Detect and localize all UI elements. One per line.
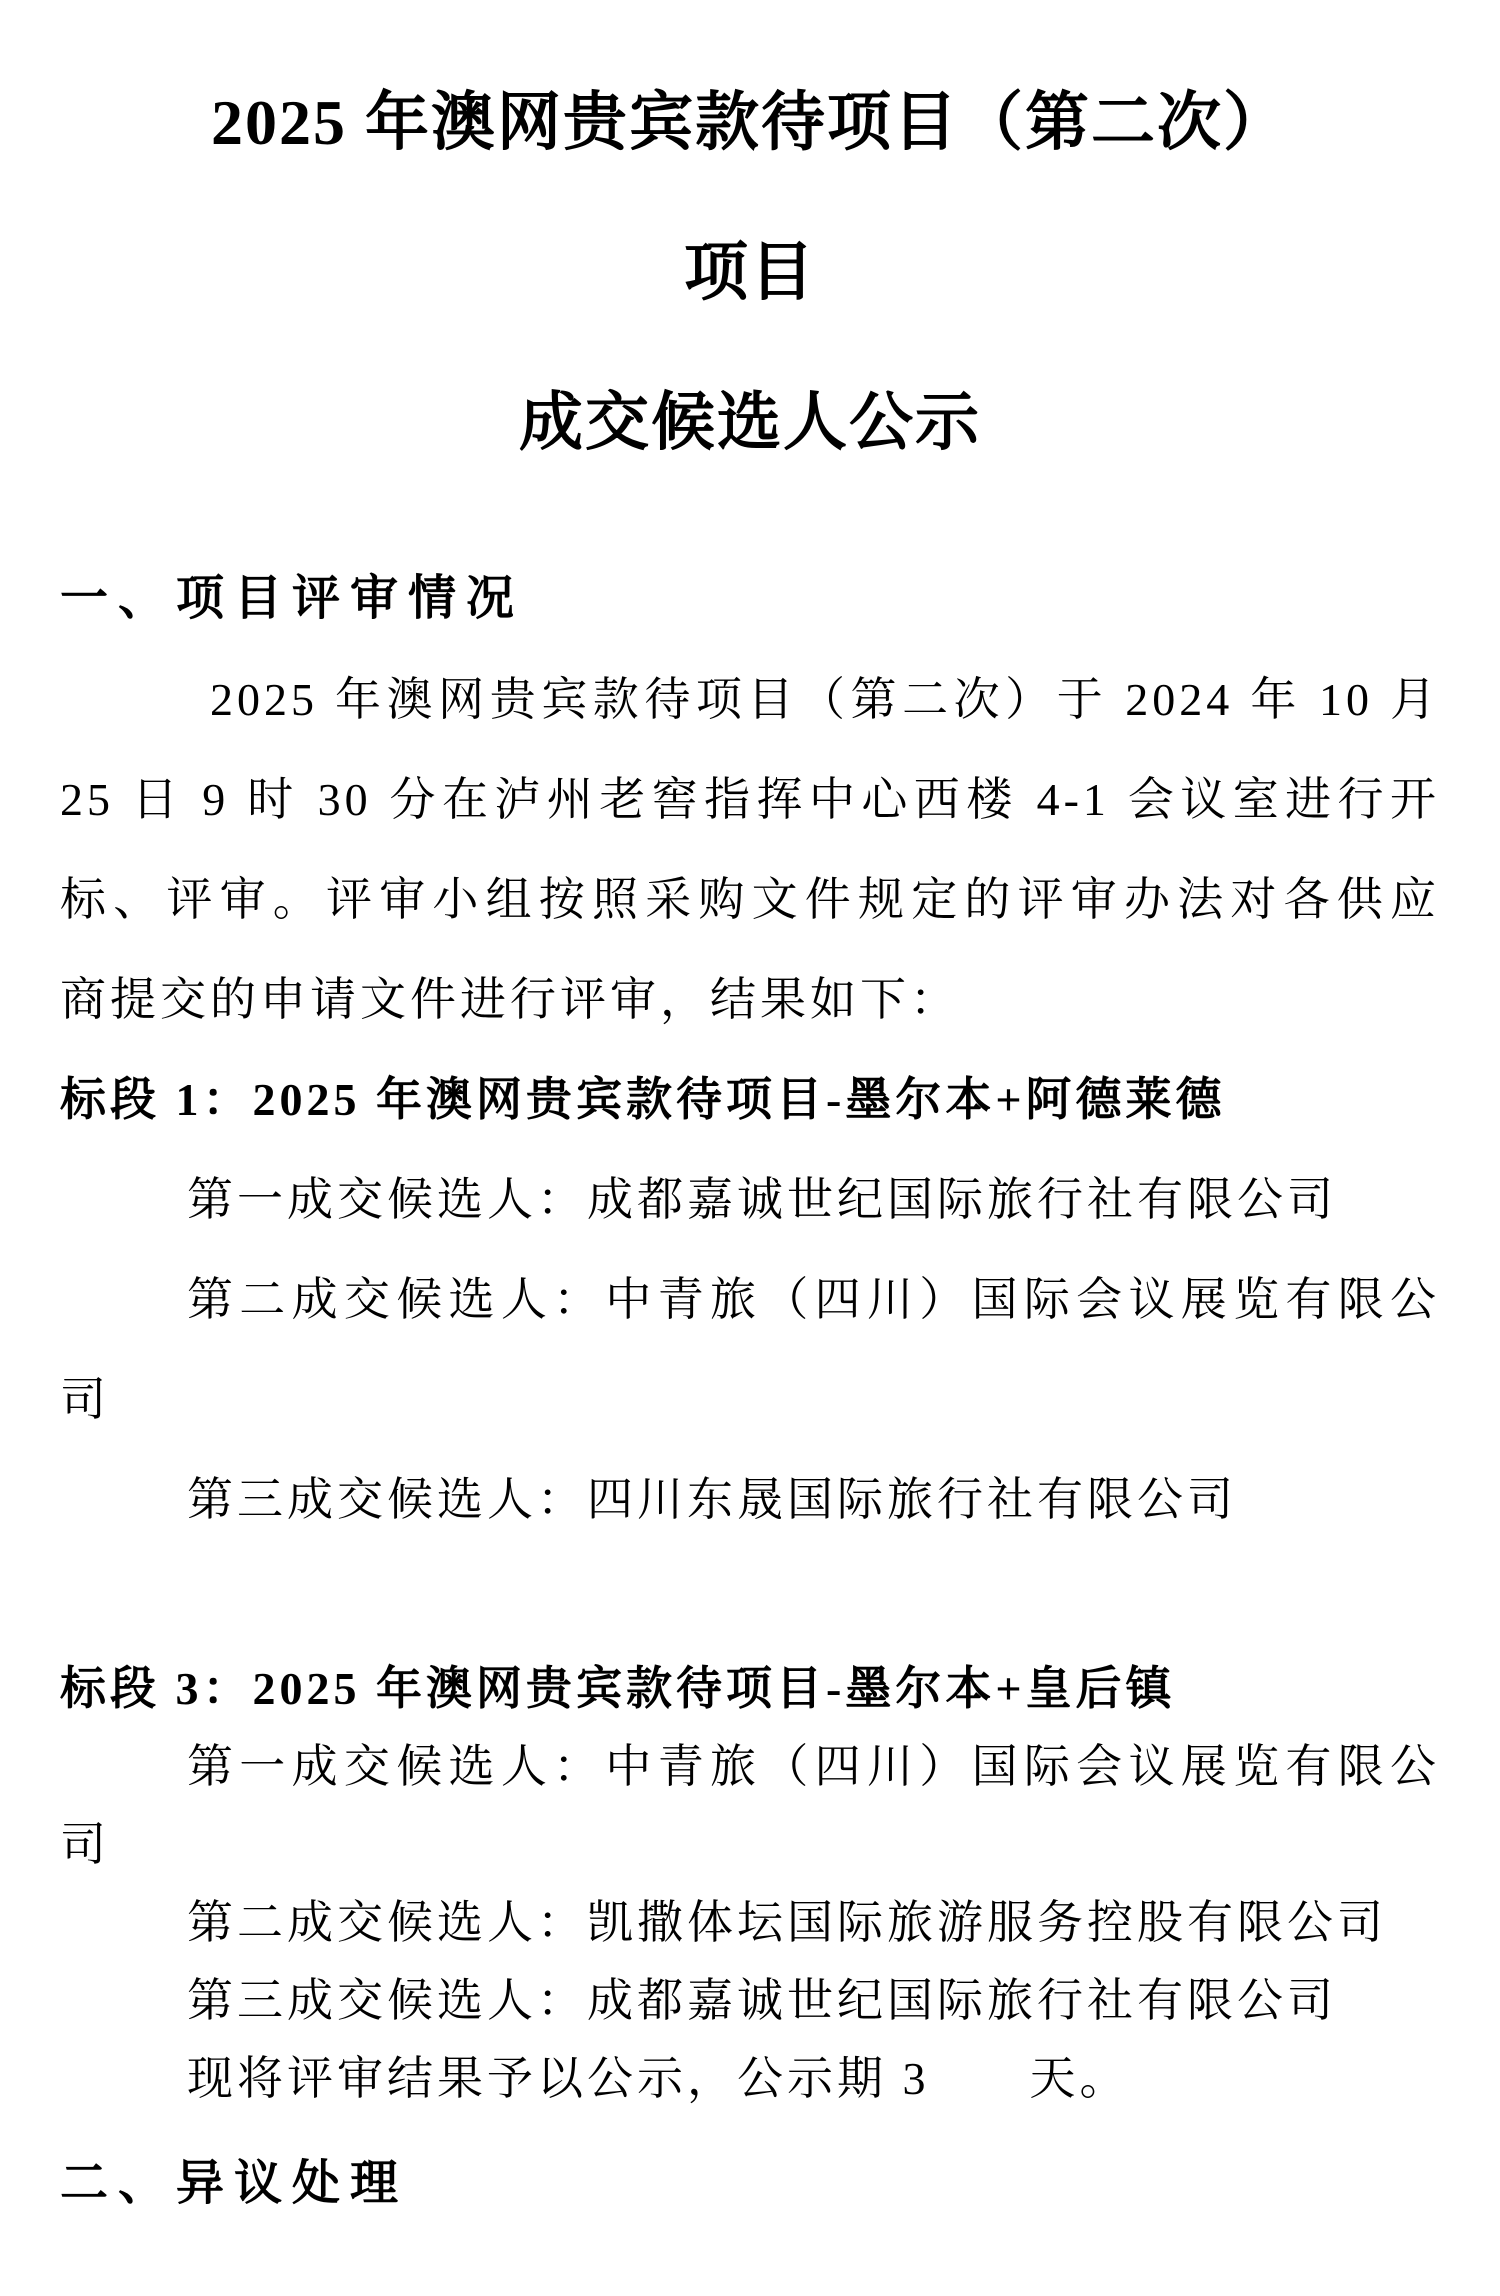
lot-1-candidate-3: 第三成交候选人：四川东晟国际旅行社有限公司 — [60, 1450, 1440, 1550]
section-1-heading: 一、项目评审情况 — [60, 561, 1440, 636]
lot-3-candidate-3: 第三成交候选人：成都嘉诚世纪国际旅行社有限公司 — [60, 1962, 1440, 2040]
lot-3-heading: 标段 3：2025 年澳网贵宾款待项目-墨尔本+皇后镇 — [60, 1650, 1440, 1728]
lot-1-candidate-1: 第一成交候选人：成都嘉诚世纪国际旅行社有限公司 — [60, 1150, 1440, 1250]
document-title-line-1: 2025 年澳网贵宾款待项目（第二次） — [60, 48, 1440, 198]
lot-1-candidate-2-wrap: 司 — [60, 1350, 1440, 1450]
document-page: 2025 年澳网贵宾款待项目（第二次） 项目 成交候选人公示 一、项目评审情况 … — [0, 0, 1500, 2296]
lot-3-candidate-2: 第二成交候选人：凯撒体坛国际旅游服务控股有限公司 — [60, 1884, 1440, 1962]
intro-line-4: 商提交的申请文件进行评审，结果如下： — [60, 950, 1440, 1050]
lot-3-candidate-1: 第一成交候选人：中青旅（四川）国际会议展览有限公 — [60, 1728, 1440, 1806]
lot-1-candidate-2: 第二成交候选人：中青旅（四川）国际会议展览有限公 — [60, 1250, 1440, 1350]
section-2-heading: 二、异议处理 — [60, 2145, 1440, 2223]
intro-line-1: 2025 年澳网贵宾款待项目（第二次）于 2024 年 10 月 — [60, 650, 1440, 750]
intro-line-2: 25 日 9 时 30 分在泸州老窖指挥中心西楼 4-1 会议室进行开 — [60, 750, 1440, 850]
publicity-period-line: 现将评审结果予以公示，公示期 3 天。 — [60, 2040, 1440, 2118]
document-content: 2025 年澳网贵宾款待项目（第二次） 项目 成交候选人公示 一、项目评审情况 … — [60, 0, 1440, 2223]
document-title-line-2: 项目 — [60, 198, 1440, 348]
lot-3-candidate-1-wrap: 司 — [60, 1806, 1440, 1884]
intro-line-3: 标、评审。评审小组按照采购文件规定的评审办法对各供应 — [60, 850, 1440, 950]
document-title-line-3: 成交候选人公示 — [60, 348, 1440, 498]
lot-1-heading: 标段 1：2025 年澳网贵宾款待项目-墨尔本+阿德莱德 — [60, 1050, 1440, 1150]
